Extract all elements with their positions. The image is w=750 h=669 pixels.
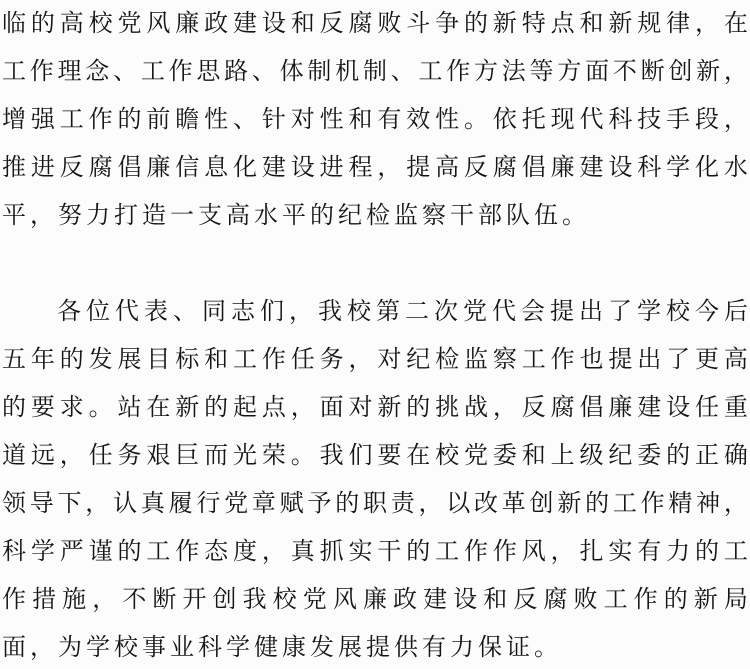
text-line: 领导下，认真履行党章赋予的职责，以改革创新的工作精神， bbox=[0, 480, 750, 528]
text-line: 五年的发展目标和工作任务，对纪检监察工作也提出了更高 bbox=[0, 336, 750, 384]
text-line: 临的高校党风廉政建设和反腐败斗争的新特点和新规律，在 bbox=[0, 0, 750, 48]
paragraph-spacer bbox=[0, 240, 750, 288]
text-line: 各位代表、同志们，我校第二次党代会提出了学校今后 bbox=[0, 288, 750, 336]
text-line: 作措施，不断开创我校党风廉政建设和反腐败工作的新局 bbox=[0, 576, 750, 624]
text-line: 面，为学校事业科学健康发展提供有力保证。 bbox=[0, 624, 750, 669]
document-page: 临的高校党风廉政建设和反腐败斗争的新特点和新规律，在 工作理念、工作思路、体制机… bbox=[0, 0, 750, 669]
text-line: 平，努力打造一支高水平的纪检监察干部队伍。 bbox=[0, 192, 750, 240]
text-line: 的要求。站在新的起点，面对新的挑战，反腐倡廉建设任重 bbox=[0, 384, 750, 432]
paragraph-2: 各位代表、同志们，我校第二次党代会提出了学校今后 五年的发展目标和工作任务，对纪… bbox=[0, 288, 750, 669]
text-line: 工作理念、工作思路、体制机制、工作方法等方面不断创新， bbox=[0, 48, 750, 96]
text-line: 科学严谨的工作态度，真抓实干的工作作风，扎实有力的工 bbox=[0, 528, 750, 576]
text-line: 推进反腐倡廉信息化建设进程，提高反腐倡廉建设科学化水 bbox=[0, 144, 750, 192]
text-line: 道远，任务艰巨而光荣。我们要在校党委和上级纪委的正确 bbox=[0, 432, 750, 480]
text-line: 增强工作的前瞻性、针对性和有效性。依托现代科技手段， bbox=[0, 96, 750, 144]
paragraph-1: 临的高校党风廉政建设和反腐败斗争的新特点和新规律，在 工作理念、工作思路、体制机… bbox=[0, 0, 750, 240]
